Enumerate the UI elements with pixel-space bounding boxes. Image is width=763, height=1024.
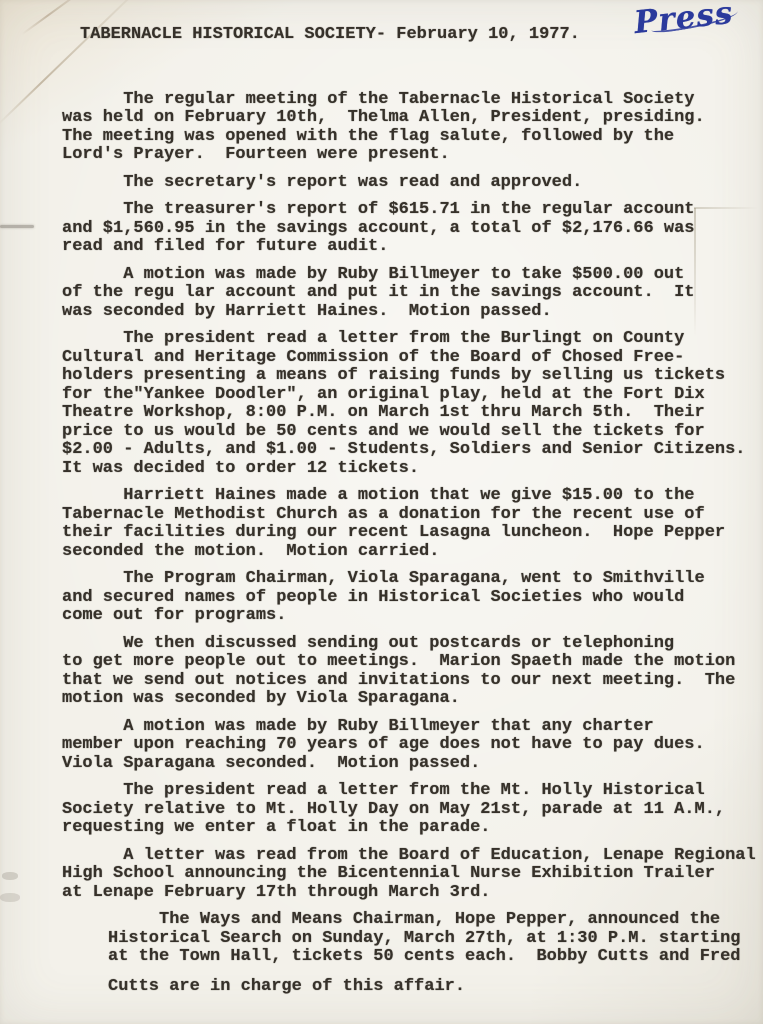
paragraph-burlington-letter: The president read a letter from the Bur… bbox=[62, 330, 763, 478]
document-title: TABERNACLE HISTORICAL SOCIETY- February … bbox=[62, 26, 763, 45]
margin-mark bbox=[0, 225, 34, 228]
paragraph-regular-meeting: The regular meeting of the Tabernacle Hi… bbox=[62, 91, 763, 165]
paragraph-charter-dues: A motion was made by Ruby Billmeyer that… bbox=[62, 718, 763, 774]
ink-smudge bbox=[2, 872, 18, 880]
paragraph-cutts-closing: Cutts are in charge of this affair. bbox=[62, 978, 763, 997]
paragraph-secretary-report: The secretary's report was read and appr… bbox=[62, 174, 763, 193]
paragraph-mt-holly-letter: The president read a letter from the Mt.… bbox=[62, 782, 763, 838]
paragraph-program-chairman: The Program Chairman, Viola Sparagana, w… bbox=[62, 570, 763, 626]
paragraph-board-of-education: A letter was read from the Board of Educ… bbox=[62, 847, 763, 903]
paragraph-church-donation: Harriett Haines made a motion that we gi… bbox=[62, 487, 763, 561]
paragraph-postcards: We then discussed sending out postcards … bbox=[62, 635, 763, 709]
document-page: Press TABERNACLE HISTORICAL SOCIETY- Feb… bbox=[0, 0, 763, 1024]
ink-smudge bbox=[0, 893, 20, 902]
paragraph-treasurer-report: The treasurer's report of $615.71 in the… bbox=[62, 201, 763, 257]
paragraph-ways-and-means: The Ways and Means Chairman, Hope Pepper… bbox=[62, 911, 763, 967]
typewritten-text: TABERNACLE HISTORICAL SOCIETY- February … bbox=[62, 26, 763, 1005]
paragraph-motion-savings: A motion was made by Ruby Billmeyer to t… bbox=[62, 266, 763, 322]
